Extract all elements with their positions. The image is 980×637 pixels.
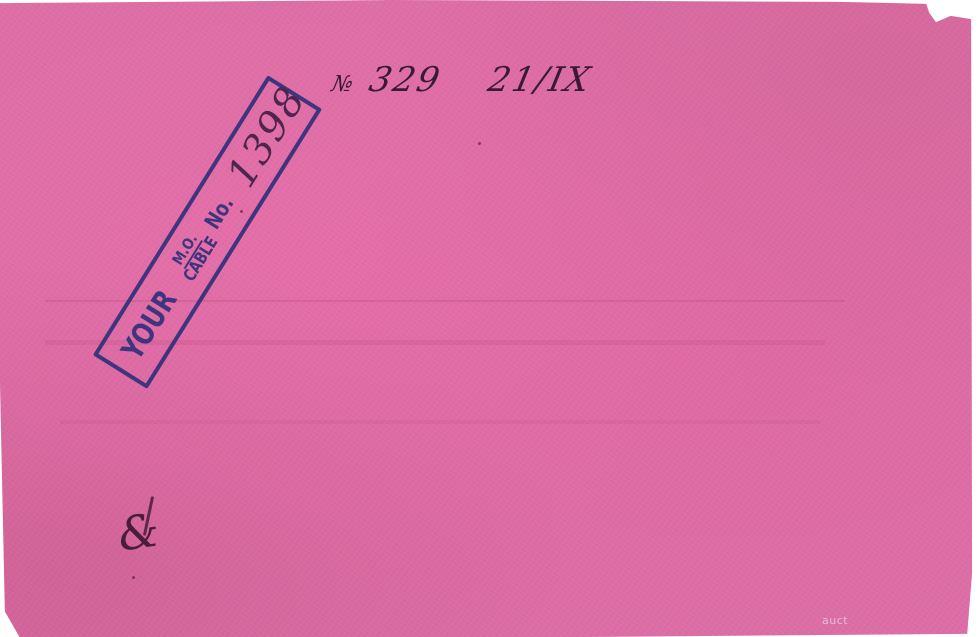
watermark: auct <box>822 614 848 627</box>
handwritten-reference: №32921/IX <box>329 60 596 100</box>
document-page: №32921/IX YOUR M.O. CABLE No. 1398 & auc… <box>0 0 980 637</box>
paper-speck <box>478 142 481 145</box>
handwritten-initials: & <box>114 502 162 561</box>
number-sign: № <box>329 72 357 97</box>
paper-speck <box>132 576 135 579</box>
reference-date: 21/IX <box>484 60 595 100</box>
reference-number: 329 <box>366 60 445 100</box>
show-through-line <box>60 420 820 424</box>
